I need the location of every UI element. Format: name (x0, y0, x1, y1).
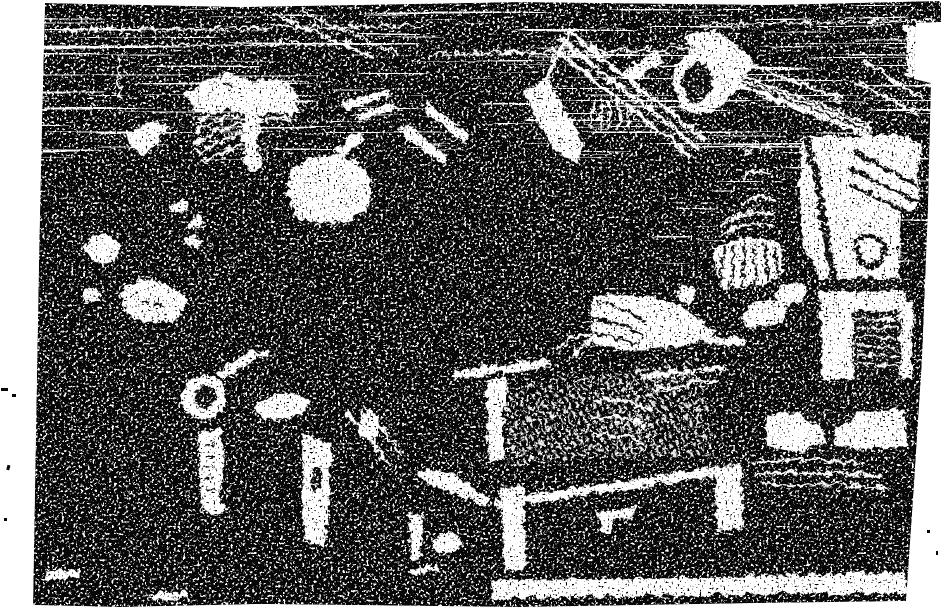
woodcut-print (0, 0, 941, 610)
black-dither-noise (30, 0, 941, 610)
print-block (30, 0, 941, 610)
woodcut-scan-figure: High-contrast black-and-white scan of an… (0, 0, 941, 610)
scan-page (0, 0, 941, 610)
